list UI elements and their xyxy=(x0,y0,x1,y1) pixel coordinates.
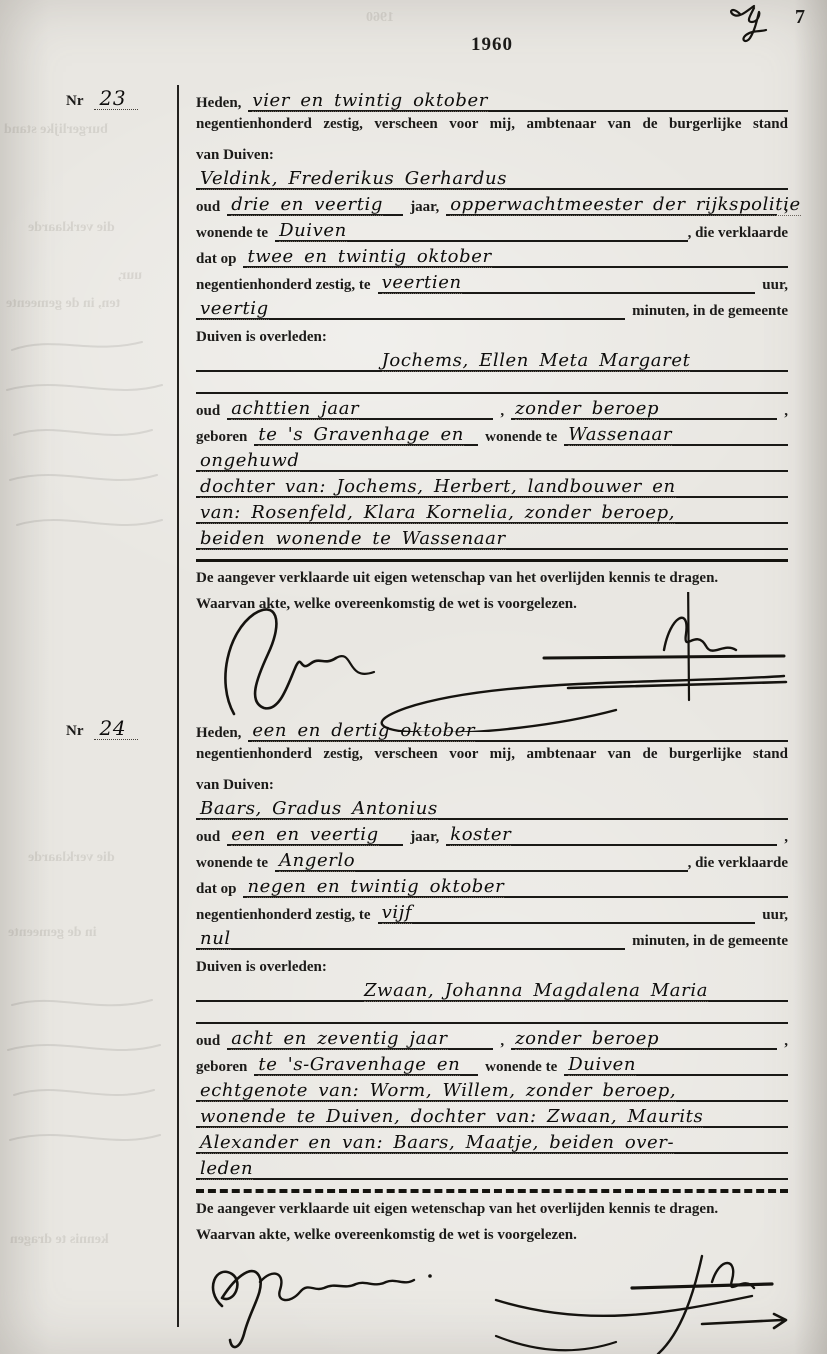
bleed-through-text: 1960 xyxy=(366,10,394,26)
declarant-name-line: Veldink, Frederikus Gerhardus xyxy=(196,164,788,190)
wonende-te-label: wonende te xyxy=(485,1059,557,1076)
bleed-through-text: in de gemeente xyxy=(8,925,97,941)
minuten-label: minuten, in de gemeente xyxy=(632,933,788,950)
declarant-and-registrar-signatures-act-23 xyxy=(196,592,788,732)
municipality-line: van Duiven: xyxy=(196,768,788,794)
declaration-line-1: De aangever verklaarde uit eigen wetensc… xyxy=(196,566,788,592)
death-minutes: veertig xyxy=(200,300,269,320)
bleed-through-handwriting xyxy=(2,990,172,1190)
geboren-label: geboren xyxy=(196,1059,247,1076)
dat-op-label: dat op xyxy=(196,251,236,268)
bleed-through-text: ten, in de gemeente xyxy=(6,296,120,312)
bleed-through-handwriting xyxy=(2,330,172,570)
uur-label: uur, xyxy=(762,277,788,294)
death-minutes: nul xyxy=(200,930,231,950)
minuten-label: minuten, in de gemeente xyxy=(632,303,788,320)
act-date-line: Heden, een en dertig oktober xyxy=(196,716,788,742)
declarant-residence-line: wonende te Duiven , die verklaarde xyxy=(196,216,788,242)
deceased-name: Zwaan, Johanna Magdalena Maria xyxy=(364,982,708,1002)
deceased-residence: Duiven xyxy=(568,1056,636,1076)
die-verklaarde-label: , die verklaarde xyxy=(688,225,788,242)
declarant-occupation: koster xyxy=(450,826,511,846)
bleed-through-text: burgerlijke stand xyxy=(4,122,108,138)
act-date: een en dertig oktober xyxy=(252,722,475,742)
deceased-name-line: Zwaan, Johanna Magdalena Maria xyxy=(196,976,788,1002)
declarant-residence: Angerlo xyxy=(279,852,355,872)
death-minutes-line: veertig minuten, in de gemeente xyxy=(196,294,788,320)
overleden-label: Duiven is overleden: xyxy=(196,329,327,346)
uur-label: uur, xyxy=(762,907,788,924)
oud-label: oud xyxy=(196,403,220,420)
act-date: vier en twintig oktober xyxy=(252,92,488,112)
bleed-through-text: die verklaarde xyxy=(28,850,115,866)
declarant-occupation: opperwachtmeester der rijkspolitie xyxy=(450,196,801,216)
detail-line: wonende te Duiven, dochter van: Zwaan, M… xyxy=(196,1102,788,1128)
declarant-and-registrar-signatures-act-24 xyxy=(196,1248,796,1354)
paraph-mark xyxy=(726,2,780,44)
death-register-page: burgerlijke stand die verklaarde uur, te… xyxy=(0,0,827,1354)
nr-label: Nr xyxy=(66,723,84,740)
deceased-occupation: zonder beroep xyxy=(515,400,659,420)
death-date: negen en twintig oktober xyxy=(247,878,504,898)
te-label: negentienhonderd zestig, te xyxy=(196,907,371,924)
bleed-through-text: die verklaarde xyxy=(28,220,115,236)
declaration-line-1: De aangever verklaarde uit eigen wetensc… xyxy=(196,1197,788,1223)
section-divider xyxy=(196,1189,788,1193)
declarant-age: een en veertig xyxy=(231,826,379,846)
death-hour-line: negentienhonderd zestig, te vijf uur, xyxy=(196,898,788,924)
declarant-name-line: Baars, Gradus Antonius xyxy=(196,794,788,820)
act-number-23: Nr 23 xyxy=(66,88,174,110)
act-number-24: Nr 24 xyxy=(66,718,174,740)
declarant-residence-line: wonende te Angerlo , die verklaarde xyxy=(196,846,788,872)
detail-text: ongehuwd xyxy=(200,452,300,472)
overleden-label: Duiven is overleden: xyxy=(196,959,327,976)
jaar-label: jaar, xyxy=(410,199,439,216)
declarant-age-line: oud een en veertig jaar, koster , xyxy=(196,820,788,846)
act-number-value: 23 xyxy=(94,88,139,110)
death-date: twee en twintig oktober xyxy=(247,248,491,268)
overleden-line: Duiven is overleden: xyxy=(196,320,788,346)
declarant-name: Baars, Gradus Antonius xyxy=(200,800,438,820)
comma: , xyxy=(784,403,788,420)
act-record-24: Heden, een en dertig oktober negentienho… xyxy=(196,716,788,1249)
appeared-line: negentienhonderd zestig, verscheen voor … xyxy=(196,112,788,138)
detail-text: leden xyxy=(200,1160,253,1180)
detail-text: dochter van: Jochems, Herbert, landbouwe… xyxy=(200,478,676,498)
oud-label: oud xyxy=(196,829,220,846)
rule-segment xyxy=(196,370,284,372)
dat-op-label: dat op xyxy=(196,881,236,898)
deceased-age-line: oud acht en zeventig jaar , zonder beroe… xyxy=(196,1024,788,1050)
deceased-name: Jochems, Ellen Meta Margaret xyxy=(382,352,691,372)
nr-label: Nr xyxy=(66,93,84,110)
jaar-label: jaar, xyxy=(410,829,439,846)
comma: , xyxy=(500,403,504,420)
blank-line xyxy=(196,372,788,394)
born-at: te 's-Gravenhage en xyxy=(258,1056,460,1076)
section-divider xyxy=(196,559,788,562)
detail-text: echtgenote van: Worm, Willem, zonder ber… xyxy=(200,1082,676,1102)
municipality-line: van Duiven: xyxy=(196,138,788,164)
van-duiven-label: van Duiven: xyxy=(196,147,274,164)
comma: , xyxy=(784,829,788,846)
death-hour: vijf xyxy=(382,904,413,924)
bleed-through-text: kennis te dragen xyxy=(10,1232,109,1248)
heden-label: Heden, xyxy=(196,95,241,112)
heden-label: Heden, xyxy=(196,725,241,742)
detail-text: beiden wonende te Wassenaar xyxy=(200,530,506,550)
detail-text: van: Rosenfeld, Klara Kornelia, zonder b… xyxy=(200,504,675,524)
born-residence-line: geboren te 's Gravenhage en wonende te W… xyxy=(196,420,788,446)
geboren-label: geboren xyxy=(196,429,247,446)
margin-rule xyxy=(177,85,179,1327)
declaration-line-2: Waarvan akte, welke overeenkomstig de we… xyxy=(196,1223,788,1249)
detail-line: van: Rosenfeld, Klara Kornelia, zonder b… xyxy=(196,498,788,524)
deceased-name-line: Jochems, Ellen Meta Margaret xyxy=(196,346,788,372)
declarant-age-line: oud drie en veertig jaar, opperwachtmees… xyxy=(196,190,788,216)
act-record-23: Heden, vier en twintig oktober negentien… xyxy=(196,86,788,618)
death-hour-line: negentienhonderd zestig, te veertien uur… xyxy=(196,268,788,294)
comma: , xyxy=(784,199,788,216)
detail-line: echtgenote van: Worm, Willem, zonder ber… xyxy=(196,1076,788,1102)
die-verklaarde-label: , die verklaarde xyxy=(688,855,788,872)
death-date-line: dat op twee en twintig oktober xyxy=(196,242,788,268)
wonende-te-label: wonende te xyxy=(196,225,268,242)
detail-line: Alexander en van: Baars, Maatje, beiden … xyxy=(196,1128,788,1154)
page-number: 7 xyxy=(795,6,805,29)
detail-text: Alexander en van: Baars, Maatje, beiden … xyxy=(200,1134,674,1154)
deceased-residence: Wassenaar xyxy=(568,426,672,446)
act-date-line: Heden, vier en twintig oktober xyxy=(196,86,788,112)
oud-label: oud xyxy=(196,1033,220,1050)
born-at: te 's Gravenhage en xyxy=(258,426,464,446)
overleden-line: Duiven is overleden: xyxy=(196,950,788,976)
deceased-age: achttien jaar xyxy=(231,400,359,420)
death-hour: veertien xyxy=(382,274,462,294)
rule-segment xyxy=(196,1000,284,1002)
declarant-name: Veldink, Frederikus Gerhardus xyxy=(200,170,507,190)
bleed-through-text: uur, xyxy=(118,268,142,284)
comma: , xyxy=(500,1033,504,1050)
act-number-value: 24 xyxy=(94,718,139,740)
detail-line: leden xyxy=(196,1154,788,1180)
year-title: 1960 xyxy=(196,34,788,56)
born-residence-line: geboren te 's-Gravenhage en wonende te D… xyxy=(196,1050,788,1076)
detail-line: dochter van: Jochems, Herbert, landbouwe… xyxy=(196,472,788,498)
wonende-te-label: wonende te xyxy=(485,429,557,446)
detail-line: beiden wonende te Wassenaar xyxy=(196,524,788,550)
declarant-age: drie en veertig xyxy=(231,196,383,216)
deceased-age: acht en zeventig jaar xyxy=(231,1030,447,1050)
appeared-line: negentienhonderd zestig, verscheen voor … xyxy=(196,742,788,768)
te-label: negentienhonderd zestig, te xyxy=(196,277,371,294)
detail-line: ongehuwd xyxy=(196,446,788,472)
declarant-residence: Duiven xyxy=(279,222,347,242)
van-duiven-label: van Duiven: xyxy=(196,777,274,794)
deceased-occupation: zonder beroep xyxy=(515,1030,659,1050)
wonende-te-label: wonende te xyxy=(196,855,268,872)
deceased-age-line: oud achttien jaar , zonder beroep , xyxy=(196,394,788,420)
comma: , xyxy=(784,1033,788,1050)
blank-line xyxy=(196,1002,788,1024)
death-date-line: dat op negen en twintig oktober xyxy=(196,872,788,898)
death-minutes-line: nul minuten, in de gemeente xyxy=(196,924,788,950)
oud-label: oud xyxy=(196,199,220,216)
detail-text: wonende te Duiven, dochter van: Zwaan, M… xyxy=(200,1108,703,1128)
